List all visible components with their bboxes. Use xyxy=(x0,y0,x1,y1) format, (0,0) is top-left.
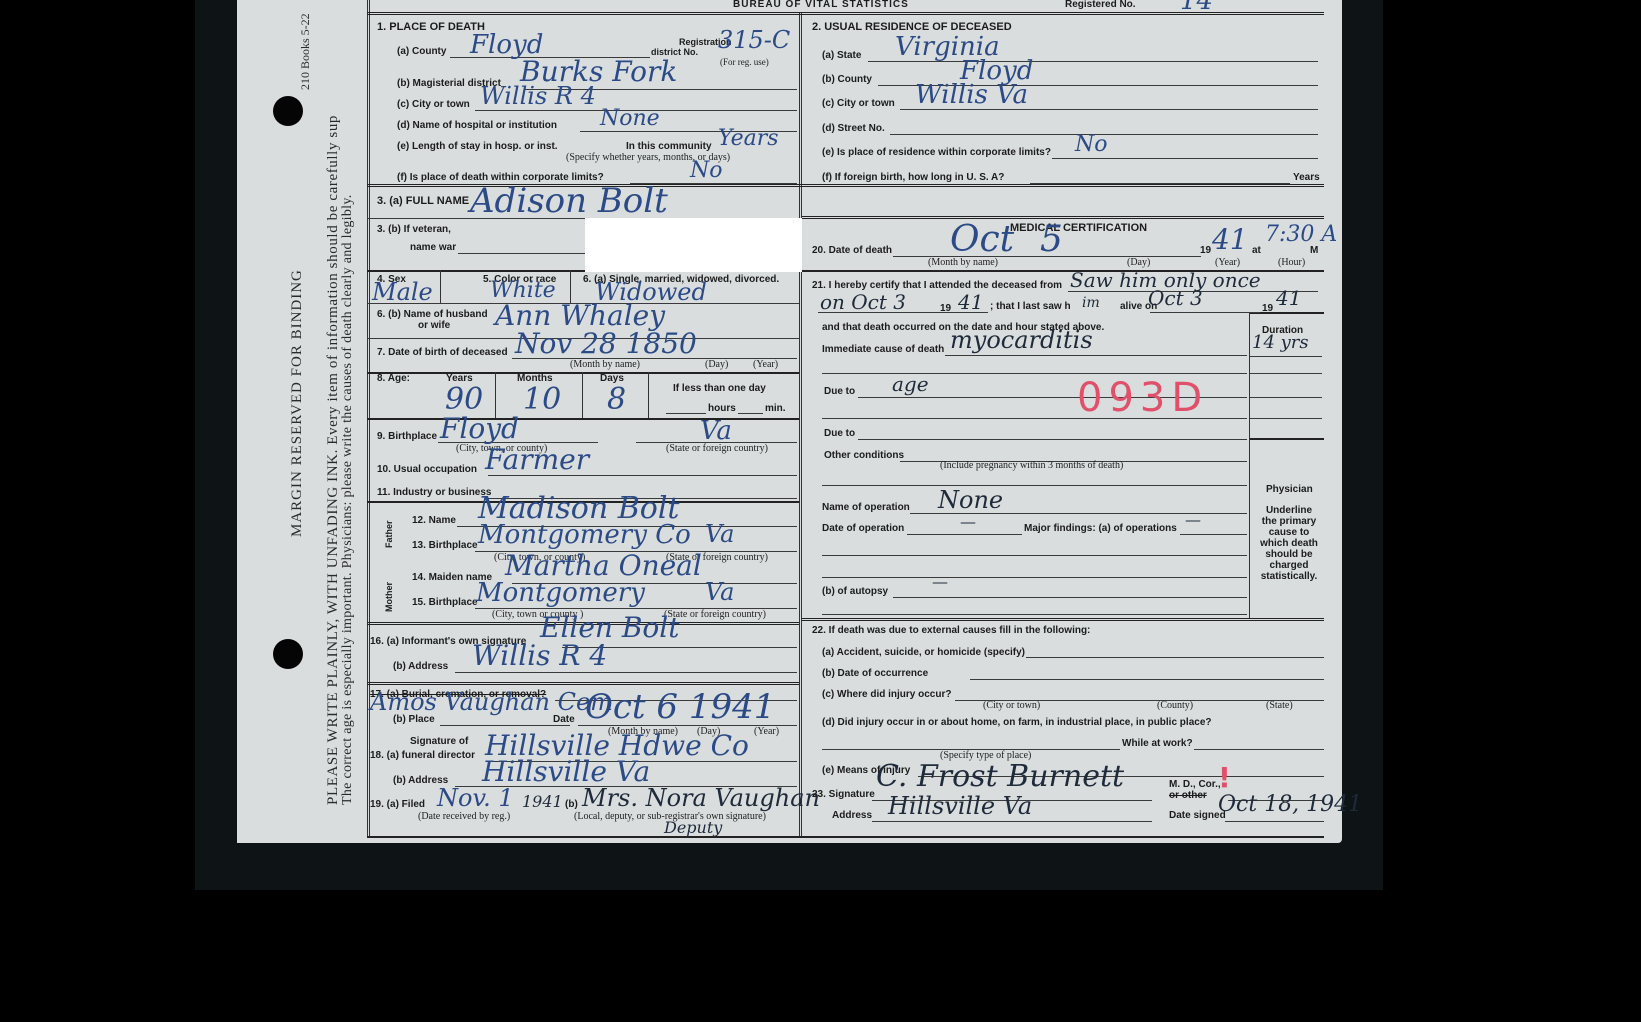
father-tag: Father xyxy=(385,520,394,548)
age-days-value: 8 xyxy=(607,385,626,415)
field-label: (b) County xyxy=(822,75,872,85)
field-note: (Year) xyxy=(1215,258,1240,268)
death-month-value: Oct xyxy=(950,222,1014,258)
field-label: 23. Signature xyxy=(812,790,875,800)
death-corporate-value: No xyxy=(690,160,723,182)
community-value: Years xyxy=(718,128,779,150)
burial-place-value: Amos Vaughan Cem xyxy=(370,690,613,714)
field-label: at xyxy=(1252,246,1261,256)
binding-hole xyxy=(273,96,303,126)
field-label: 12. Name xyxy=(412,516,456,526)
field-label: Major findings: (a) of operations xyxy=(1024,524,1177,534)
field-label: (f) If foreign birth, how long in U. S. … xyxy=(822,173,1004,183)
mother-birthplace-state: Va xyxy=(705,580,734,604)
field-note: (City or town) xyxy=(983,701,1040,711)
field-label: Date of operation xyxy=(822,524,904,534)
birthplace-state-value: Va xyxy=(700,418,732,444)
filed-year-value: 1941 xyxy=(522,794,563,810)
city-value: Willis R 4 xyxy=(480,84,596,108)
field-label: (a) State xyxy=(822,51,861,61)
informant-signature-value: Ellen Bolt xyxy=(540,614,680,642)
death-year-value: 41 xyxy=(1212,226,1248,254)
registered-no-value: 14 xyxy=(1180,0,1213,14)
field-label: (c) City or town xyxy=(822,99,895,109)
registered-no-label: Registered No. xyxy=(1065,0,1136,10)
field-label: 10. Usual occupation xyxy=(377,465,477,475)
field-label: 7. Date of birth of deceased xyxy=(377,348,508,358)
field-label: 3. (a) FULL NAME xyxy=(377,196,469,207)
immediate-duration-value: 14 yrs xyxy=(1252,334,1309,352)
instruction-line-2: The correct age is especially important.… xyxy=(340,194,356,805)
field-label: (d) Street No. xyxy=(822,124,885,134)
field-label: (b) Date of occurrence xyxy=(822,669,928,679)
field-label: (a) Accident, suicide, or homicide (spec… xyxy=(822,648,1025,658)
funeral-address-value: Hillsville Va xyxy=(482,758,650,786)
field-label: (a) County xyxy=(397,47,446,57)
father-birthplace-state: Va xyxy=(705,522,734,546)
birthplace-city-value: Floyd xyxy=(440,415,519,443)
attended-to-value: on Oct 3 xyxy=(820,292,906,312)
physician-note-title: Physician xyxy=(1266,485,1313,495)
field-label: (c) Where did injury occur? xyxy=(822,690,951,700)
field-label: 19 xyxy=(1262,304,1273,314)
section-heading: 1. PLACE OF DEATH xyxy=(377,22,485,33)
due-to-1-value: age xyxy=(892,374,929,394)
field-note: (Local, deputy, or sub-registrar's own s… xyxy=(574,812,766,822)
certifier-signature-value: C. Frost Burnett xyxy=(876,762,1124,792)
father-birthplace-city: Montgomery Co xyxy=(478,522,691,548)
alive-year-value: 41 xyxy=(1276,288,1301,308)
reg-district-value: 315-C xyxy=(718,28,790,52)
residence-city-value: Willis Va xyxy=(915,82,1028,108)
field-label: (c) City or town xyxy=(397,100,470,110)
dob-value: Nov 28 1850 xyxy=(515,330,697,358)
field-label: (b) Address xyxy=(393,662,448,672)
margin-reserved-label: MARGIN RESERVED FOR BINDING xyxy=(289,269,306,537)
field-label: name war xyxy=(410,243,456,253)
last-saw-pronoun: im xyxy=(1082,296,1100,310)
date-signed-value: Oct 18, 1941 xyxy=(1218,794,1362,816)
field-label: 11. Industry or business xyxy=(377,488,491,498)
field-label: 19. (a) Filed xyxy=(370,800,425,810)
field-note: (County) xyxy=(1157,701,1193,711)
immediate-cause-value: myocarditis xyxy=(950,328,1093,352)
field-label: (b) xyxy=(565,800,578,810)
field-label: (e) Length of stay in hosp. or inst. xyxy=(397,142,558,152)
certifier-address-value: Hillsville Va xyxy=(888,794,1032,818)
death-day-value: 5 xyxy=(1040,222,1063,258)
mother-birthplace-city: Montgomery xyxy=(476,580,645,606)
physician-note: Underline the primary cause to which dea… xyxy=(1258,505,1320,582)
field-label: 6. (b) Name of husband xyxy=(377,310,488,320)
age-years-value: 90 xyxy=(445,385,483,415)
field-label: 8. Age: xyxy=(377,374,410,384)
field-note: (For reg. use) xyxy=(720,58,769,67)
registrar-signature: Mrs. Nora Vaughan xyxy=(582,786,820,810)
spouse-value: Ann Whaley xyxy=(495,302,665,330)
field-label: Other conditions xyxy=(824,451,904,461)
field-label: ; that I last saw h xyxy=(990,302,1071,312)
field-label: 19 xyxy=(940,304,951,314)
field-note: (Year) xyxy=(753,360,778,370)
field-label: Years xyxy=(1293,173,1320,183)
field-label: In this community xyxy=(626,142,712,152)
field-label: Due to xyxy=(824,387,855,397)
field-label: 13. Birthplace xyxy=(412,541,478,551)
stamp-code: 093D xyxy=(1077,378,1208,418)
field-label: or wife xyxy=(418,321,450,331)
sex-value: Male xyxy=(372,280,433,304)
field-label: (e) Is place of residence within corpora… xyxy=(822,148,1051,158)
burial-date-value: Oct 6 1941 xyxy=(585,690,775,724)
field-label: or other xyxy=(1169,791,1207,801)
field-note: (State or foreign country) xyxy=(666,444,768,454)
registrar-title: Deputy xyxy=(664,820,722,836)
field-note: (State) xyxy=(1266,701,1293,711)
field-label: 15. Birthplace xyxy=(412,598,478,608)
field-label: hours xyxy=(708,404,736,414)
field-note: (Day) xyxy=(1127,258,1150,268)
findings-value: — xyxy=(1185,512,1201,528)
bureau-title: Bureau of Vital Statistics xyxy=(733,0,909,10)
operation-date-value: — xyxy=(960,514,976,530)
field-label: Date xyxy=(553,715,575,725)
residence-corporate-value: No xyxy=(1075,134,1108,156)
field-label: min. xyxy=(765,404,786,414)
field-note: (Day) xyxy=(705,360,728,370)
occupation-value: Farmer xyxy=(485,446,589,474)
field-note: (Month by name) xyxy=(570,360,640,370)
filed-date-value: Nov. 1 xyxy=(437,786,514,810)
mother-tag: Mother xyxy=(385,582,394,612)
redaction-box xyxy=(585,218,802,272)
field-label: Address xyxy=(832,811,872,821)
mother-name-value: Martha Oneal xyxy=(505,552,702,580)
hospital-value: None xyxy=(600,108,660,130)
informant-address-value: Willis R 4 xyxy=(472,642,607,670)
red-check-mark: ! xyxy=(1218,764,1237,792)
section-heading: MEDICAL CERTIFICATION xyxy=(1010,223,1147,234)
field-label: 18. (a) funeral director xyxy=(370,751,475,761)
field-label: 9. Birthplace xyxy=(377,432,437,442)
book-code: 210 Books 5-22 xyxy=(298,13,313,90)
field-note: (Hour) xyxy=(1278,258,1305,268)
field-label: (d) Name of hospital or institution xyxy=(397,121,557,131)
operation-value: None xyxy=(938,488,1003,512)
field-label: (b) Place xyxy=(393,715,435,725)
section-heading: 22. If death was due to external causes … xyxy=(812,626,1090,636)
field-note: (Date received by reg.) xyxy=(418,812,510,822)
field-label: (d) Did injury occur in or about home, o… xyxy=(822,718,1211,728)
field-note: (Year) xyxy=(754,727,779,737)
attended-year-value: 41 xyxy=(958,292,983,312)
field-label: Signature of xyxy=(410,737,468,747)
field-label: 19 xyxy=(1200,246,1211,256)
death-time-value: 7:30 A xyxy=(1265,224,1337,246)
field-label: 20. Date of death xyxy=(812,246,892,256)
age-months-value: 10 xyxy=(523,385,561,415)
autopsy-value: — xyxy=(932,574,948,590)
full-name-value: Adison Bolt xyxy=(470,184,668,218)
field-label: (b) of autopsy xyxy=(822,587,888,597)
field-label: While at work? xyxy=(1122,739,1193,749)
binding-hole xyxy=(273,639,303,669)
field-label: 3. (b) If veteran, xyxy=(377,225,451,235)
field-label: Name of operation xyxy=(822,503,910,513)
field-label: Immediate cause of death xyxy=(822,345,944,355)
field-label: M xyxy=(1310,246,1318,256)
field-label: M. D., Cor., xyxy=(1169,780,1221,790)
field-note: (Month by name) xyxy=(928,258,998,268)
field-label: If less than one day xyxy=(673,384,766,394)
field-label: Due to xyxy=(824,429,855,439)
alive-value: Oct 3 xyxy=(1148,288,1203,308)
field-note: (Include pregnancy within 3 months of de… xyxy=(940,461,1123,471)
